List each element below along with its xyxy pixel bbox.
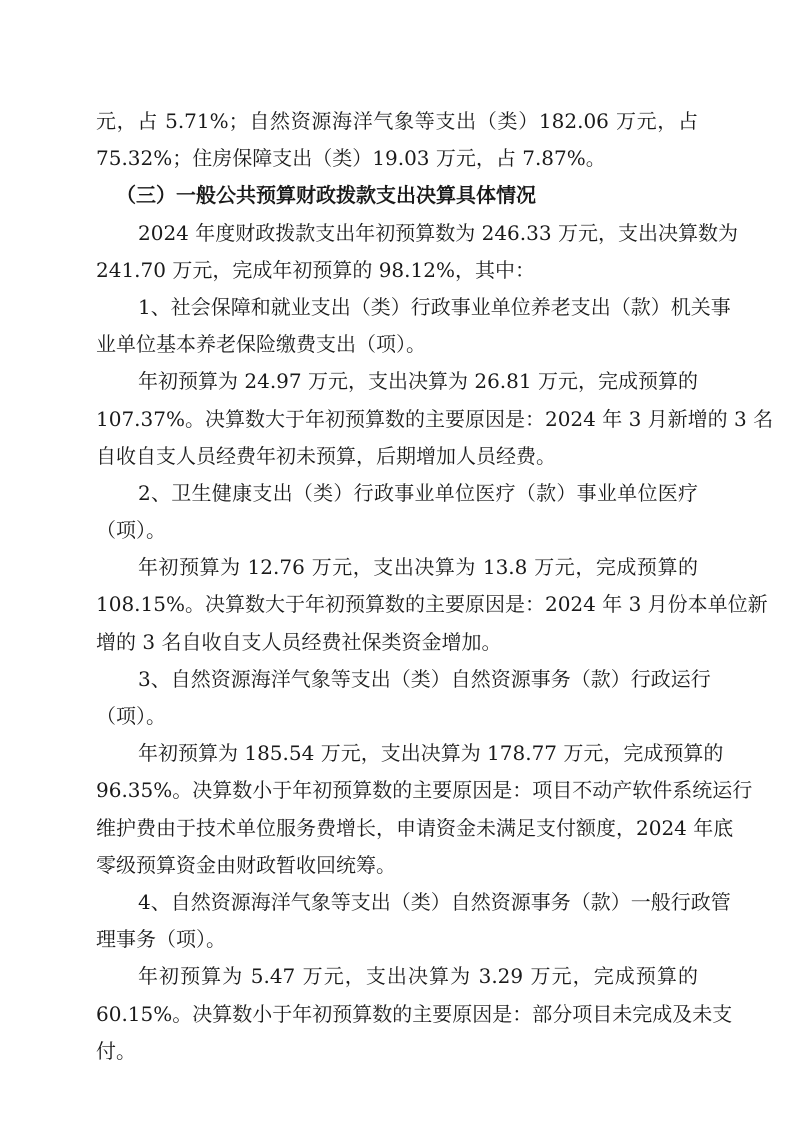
section-heading: （三）一般公共预算财政拨款支出决算具体情况: [96, 177, 698, 214]
summary-paragraph: 2024 年度财政拨款支出年初预算数为 246.33 万元，支出决算数为 241…: [96, 215, 698, 289]
item-detail-line: 60.15%。决算数小于年初预算数的主要原因是：部分项目未完成及未支: [96, 996, 698, 1033]
item-detail-line: 增的 3 名自收自支人员经费社保类资金增加。: [96, 624, 698, 661]
item-detail-line: 年初预算为 5.47 万元，支出决算为 3.29 万元，完成预算的: [96, 958, 698, 995]
item-4: 4、自然资源海洋气象等支出（类）自然资源事务（款）一般行政管 理事务（项）。 年…: [96, 884, 698, 1070]
item-title-line: 1、社会保障和就业支出（类）行政事业单位养老支出（款）机关事: [96, 289, 698, 326]
item-title-line: （项）。: [96, 698, 698, 735]
item-detail-line: 年初预算为 24.97 万元，支出决算为 26.81 万元，完成预算的: [96, 363, 698, 400]
item-title-line: （项）。: [96, 512, 698, 549]
item-1: 1、社会保障和就业支出（类）行政事业单位养老支出（款）机关事 业单位基本养老保险…: [96, 289, 698, 475]
item-title-line: 2、卫生健康支出（类）行政事业单位医疗（款）事业单位医疗: [96, 475, 698, 512]
item-title-line: 业单位基本养老保险缴费支出（项）。: [96, 326, 698, 363]
item-3: 3、自然资源海洋气象等支出（类）自然资源事务（款）行政运行 （项）。 年初预算为…: [96, 661, 698, 884]
document-page: 元，占 5.71%；自然资源海洋气象等支出（类）182.06 万元，占 75.3…: [96, 103, 698, 1070]
text-line: 2024 年度财政拨款支出年初预算数为 246.33 万元，支出决算数为: [96, 215, 698, 252]
item-detail-line: 零级预算资金由财政暂收回统筹。: [96, 847, 698, 884]
item-detail-line: 维护费由于技术单位服务费增长，申请资金未满足支付额度，2024 年底: [96, 810, 698, 847]
item-detail-line: 107.37%。决算数大于年初预算数的主要原因是：2024 年 3 月新增的 3…: [96, 401, 698, 438]
item-detail-line: 96.35%。决算数小于年初预算数的主要原因是：项目不动产软件系统运行: [96, 772, 698, 809]
item-detail-line: 自收自支人员经费年初未预算，后期增加人员经费。: [96, 438, 698, 475]
continuation-paragraph: 元，占 5.71%；自然资源海洋气象等支出（类）182.06 万元，占 75.3…: [96, 103, 698, 177]
item-detail-line: 108.15%。决算数大于年初预算数的主要原因是：2024 年 3 月份本单位新: [96, 586, 698, 623]
item-detail-line: 年初预算为 185.54 万元，支出决算为 178.77 万元，完成预算的: [96, 735, 698, 772]
item-detail-line: 年初预算为 12.76 万元，支出决算为 13.8 万元，完成预算的: [96, 549, 698, 586]
item-2: 2、卫生健康支出（类）行政事业单位医疗（款）事业单位医疗 （项）。 年初预算为 …: [96, 475, 698, 661]
text-line: 241.70 万元，完成年初预算的 98.12%，其中：: [96, 252, 698, 289]
item-title-line: 3、自然资源海洋气象等支出（类）自然资源事务（款）行政运行: [96, 661, 698, 698]
text-line: 75.32%；住房保障支出（类）19.03 万元，占 7.87%。: [96, 140, 698, 177]
item-title-line: 4、自然资源海洋气象等支出（类）自然资源事务（款）一般行政管: [96, 884, 698, 921]
item-detail-line: 付。: [96, 1033, 698, 1070]
text-line: 元，占 5.71%；自然资源海洋气象等支出（类）182.06 万元，占: [96, 103, 698, 140]
item-title-line: 理事务（项）。: [96, 921, 698, 958]
